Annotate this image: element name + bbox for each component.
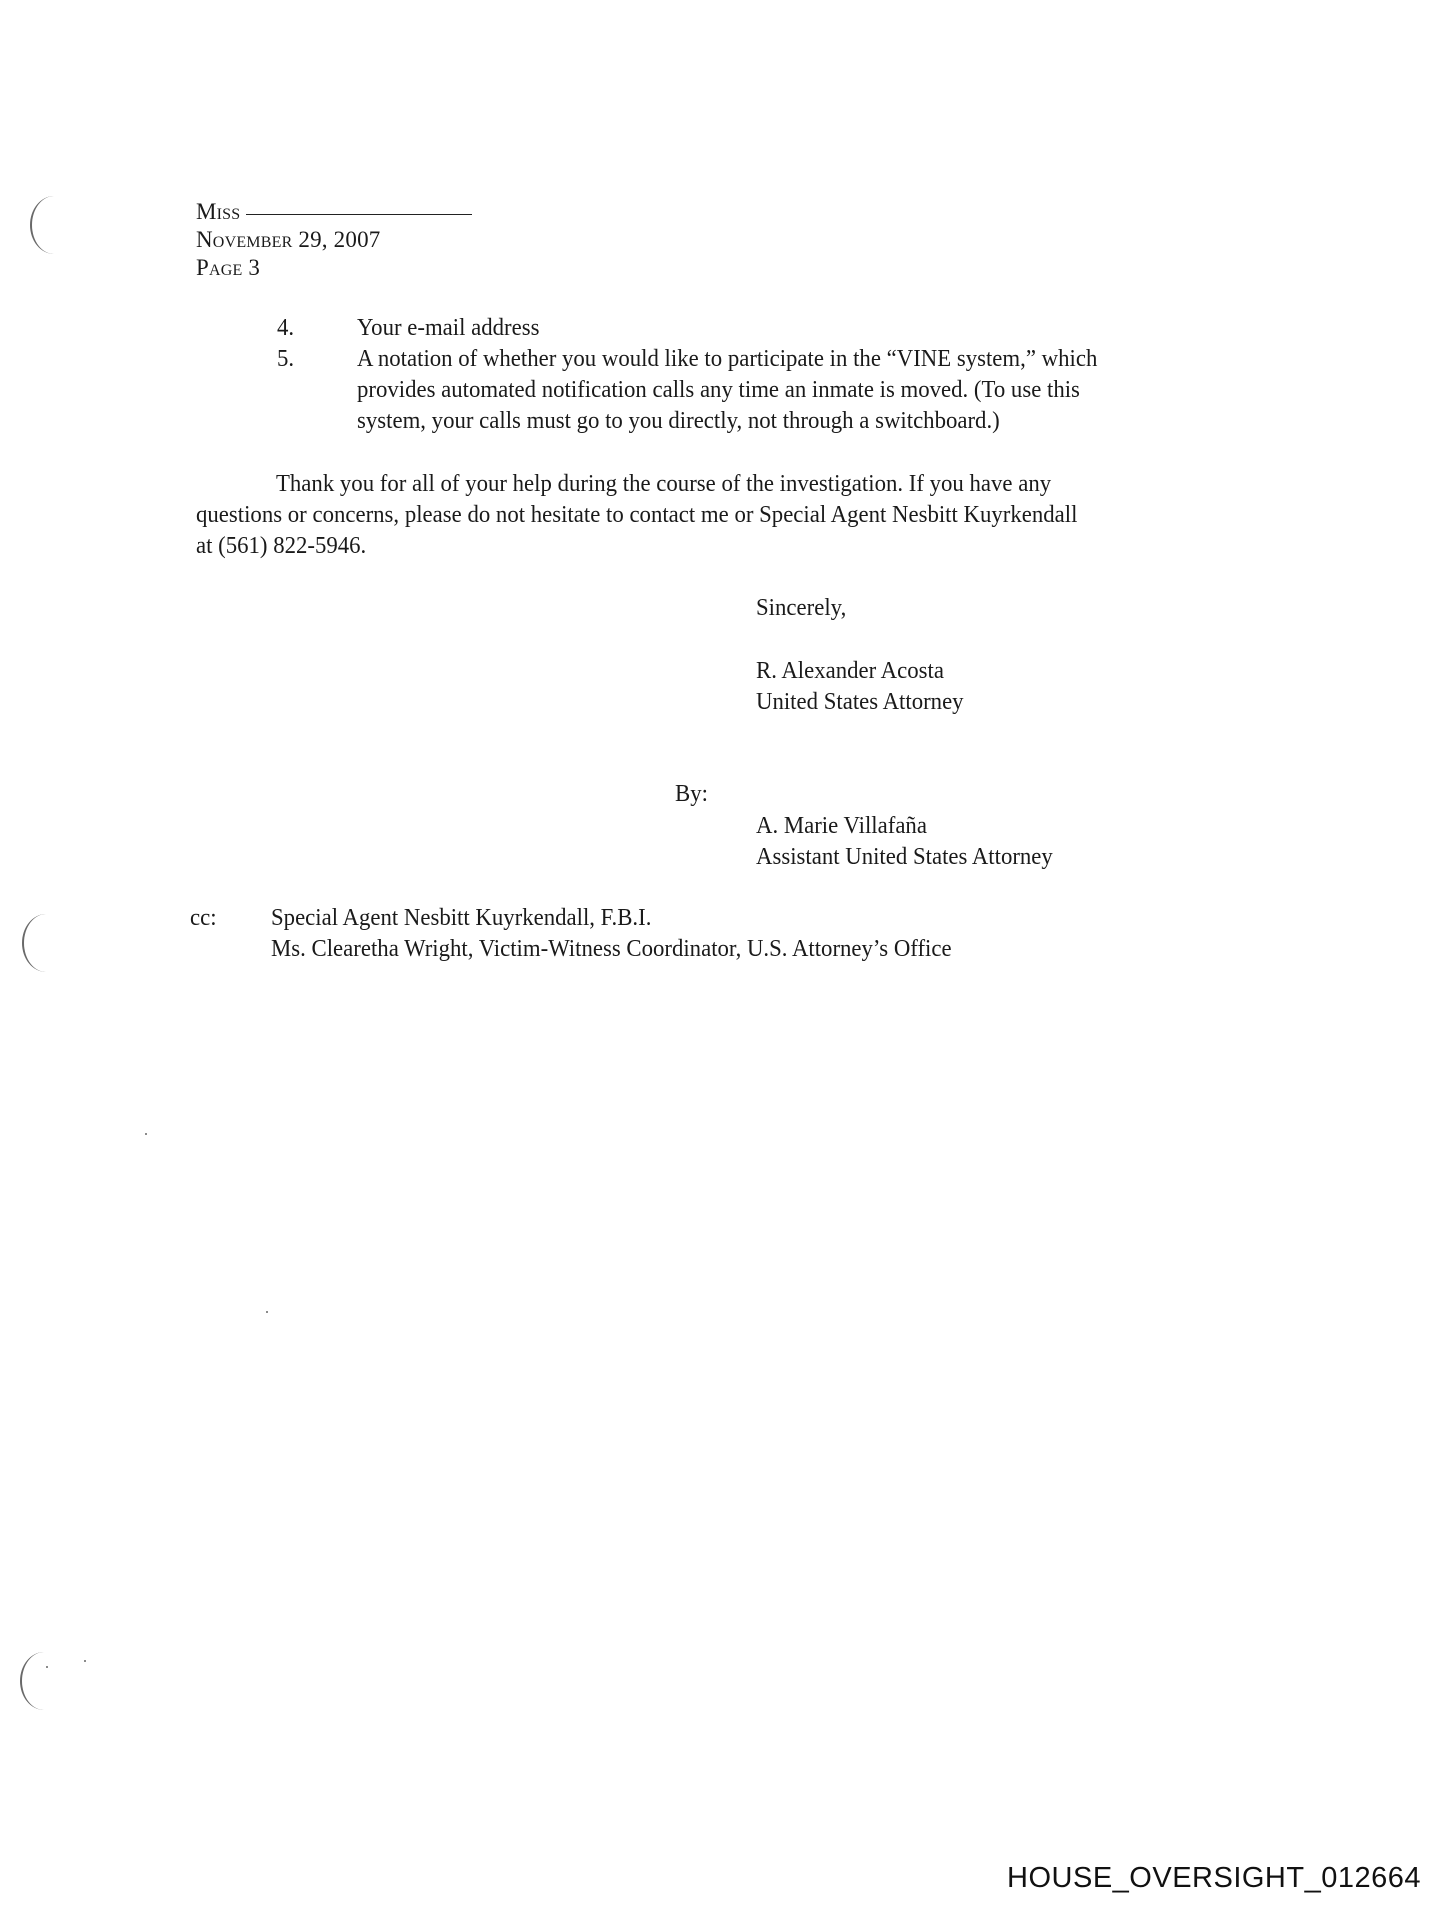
list-item-text: A notation of whether you would like to … (357, 343, 1097, 374)
list-item-text: provides automated notification calls an… (357, 374, 1080, 405)
cc-recipient: Ms. Clearetha Wright, Victim-Witness Coo… (271, 933, 952, 964)
agent-title: Assistant United States Attorney (756, 841, 1053, 872)
list-item-text: system, your calls must go to you direct… (357, 405, 1000, 436)
cc-label: cc: (190, 902, 217, 933)
closing-salutation: Sincerely, (756, 592, 846, 623)
letter-date: November 29, 2007 (196, 226, 381, 254)
signer-name: R. Alexander Acosta (756, 655, 944, 686)
list-item-number: 4. (277, 312, 294, 343)
hole-punch-mark-bottom (20, 1652, 68, 1710)
scan-speck (46, 1666, 48, 1668)
recipient-salutation: Miss (196, 198, 472, 226)
document-id-stamp: HOUSE_OVERSIGHT_012664 (1007, 1862, 1421, 1895)
closing-paragraph-line: Thank you for all of your help during th… (276, 468, 1051, 499)
page-number: Page 3 (196, 254, 260, 282)
list-item-text: Your e-mail address (357, 312, 539, 343)
agent-name: A. Marie Villafaña (756, 810, 927, 841)
scan-speck (266, 1311, 268, 1313)
hole-punch-mark-top (30, 196, 78, 254)
signer-title: United States Attorney (756, 686, 964, 717)
redacted-name-line (246, 214, 472, 215)
hole-punch-mark-middle (22, 914, 70, 972)
closing-paragraph-line: at (561) 822-5946. (196, 530, 366, 561)
list-item-number: 5. (277, 343, 294, 374)
cc-recipient: Special Agent Nesbitt Kuyrkendall, F.B.I… (271, 902, 651, 933)
closing-paragraph-line: questions or concerns, please do not hes… (196, 499, 1077, 530)
scan-speck (84, 1660, 86, 1662)
by-label: By: (675, 778, 708, 809)
salutation-text: Miss (196, 199, 240, 224)
scan-speck (145, 1133, 147, 1135)
